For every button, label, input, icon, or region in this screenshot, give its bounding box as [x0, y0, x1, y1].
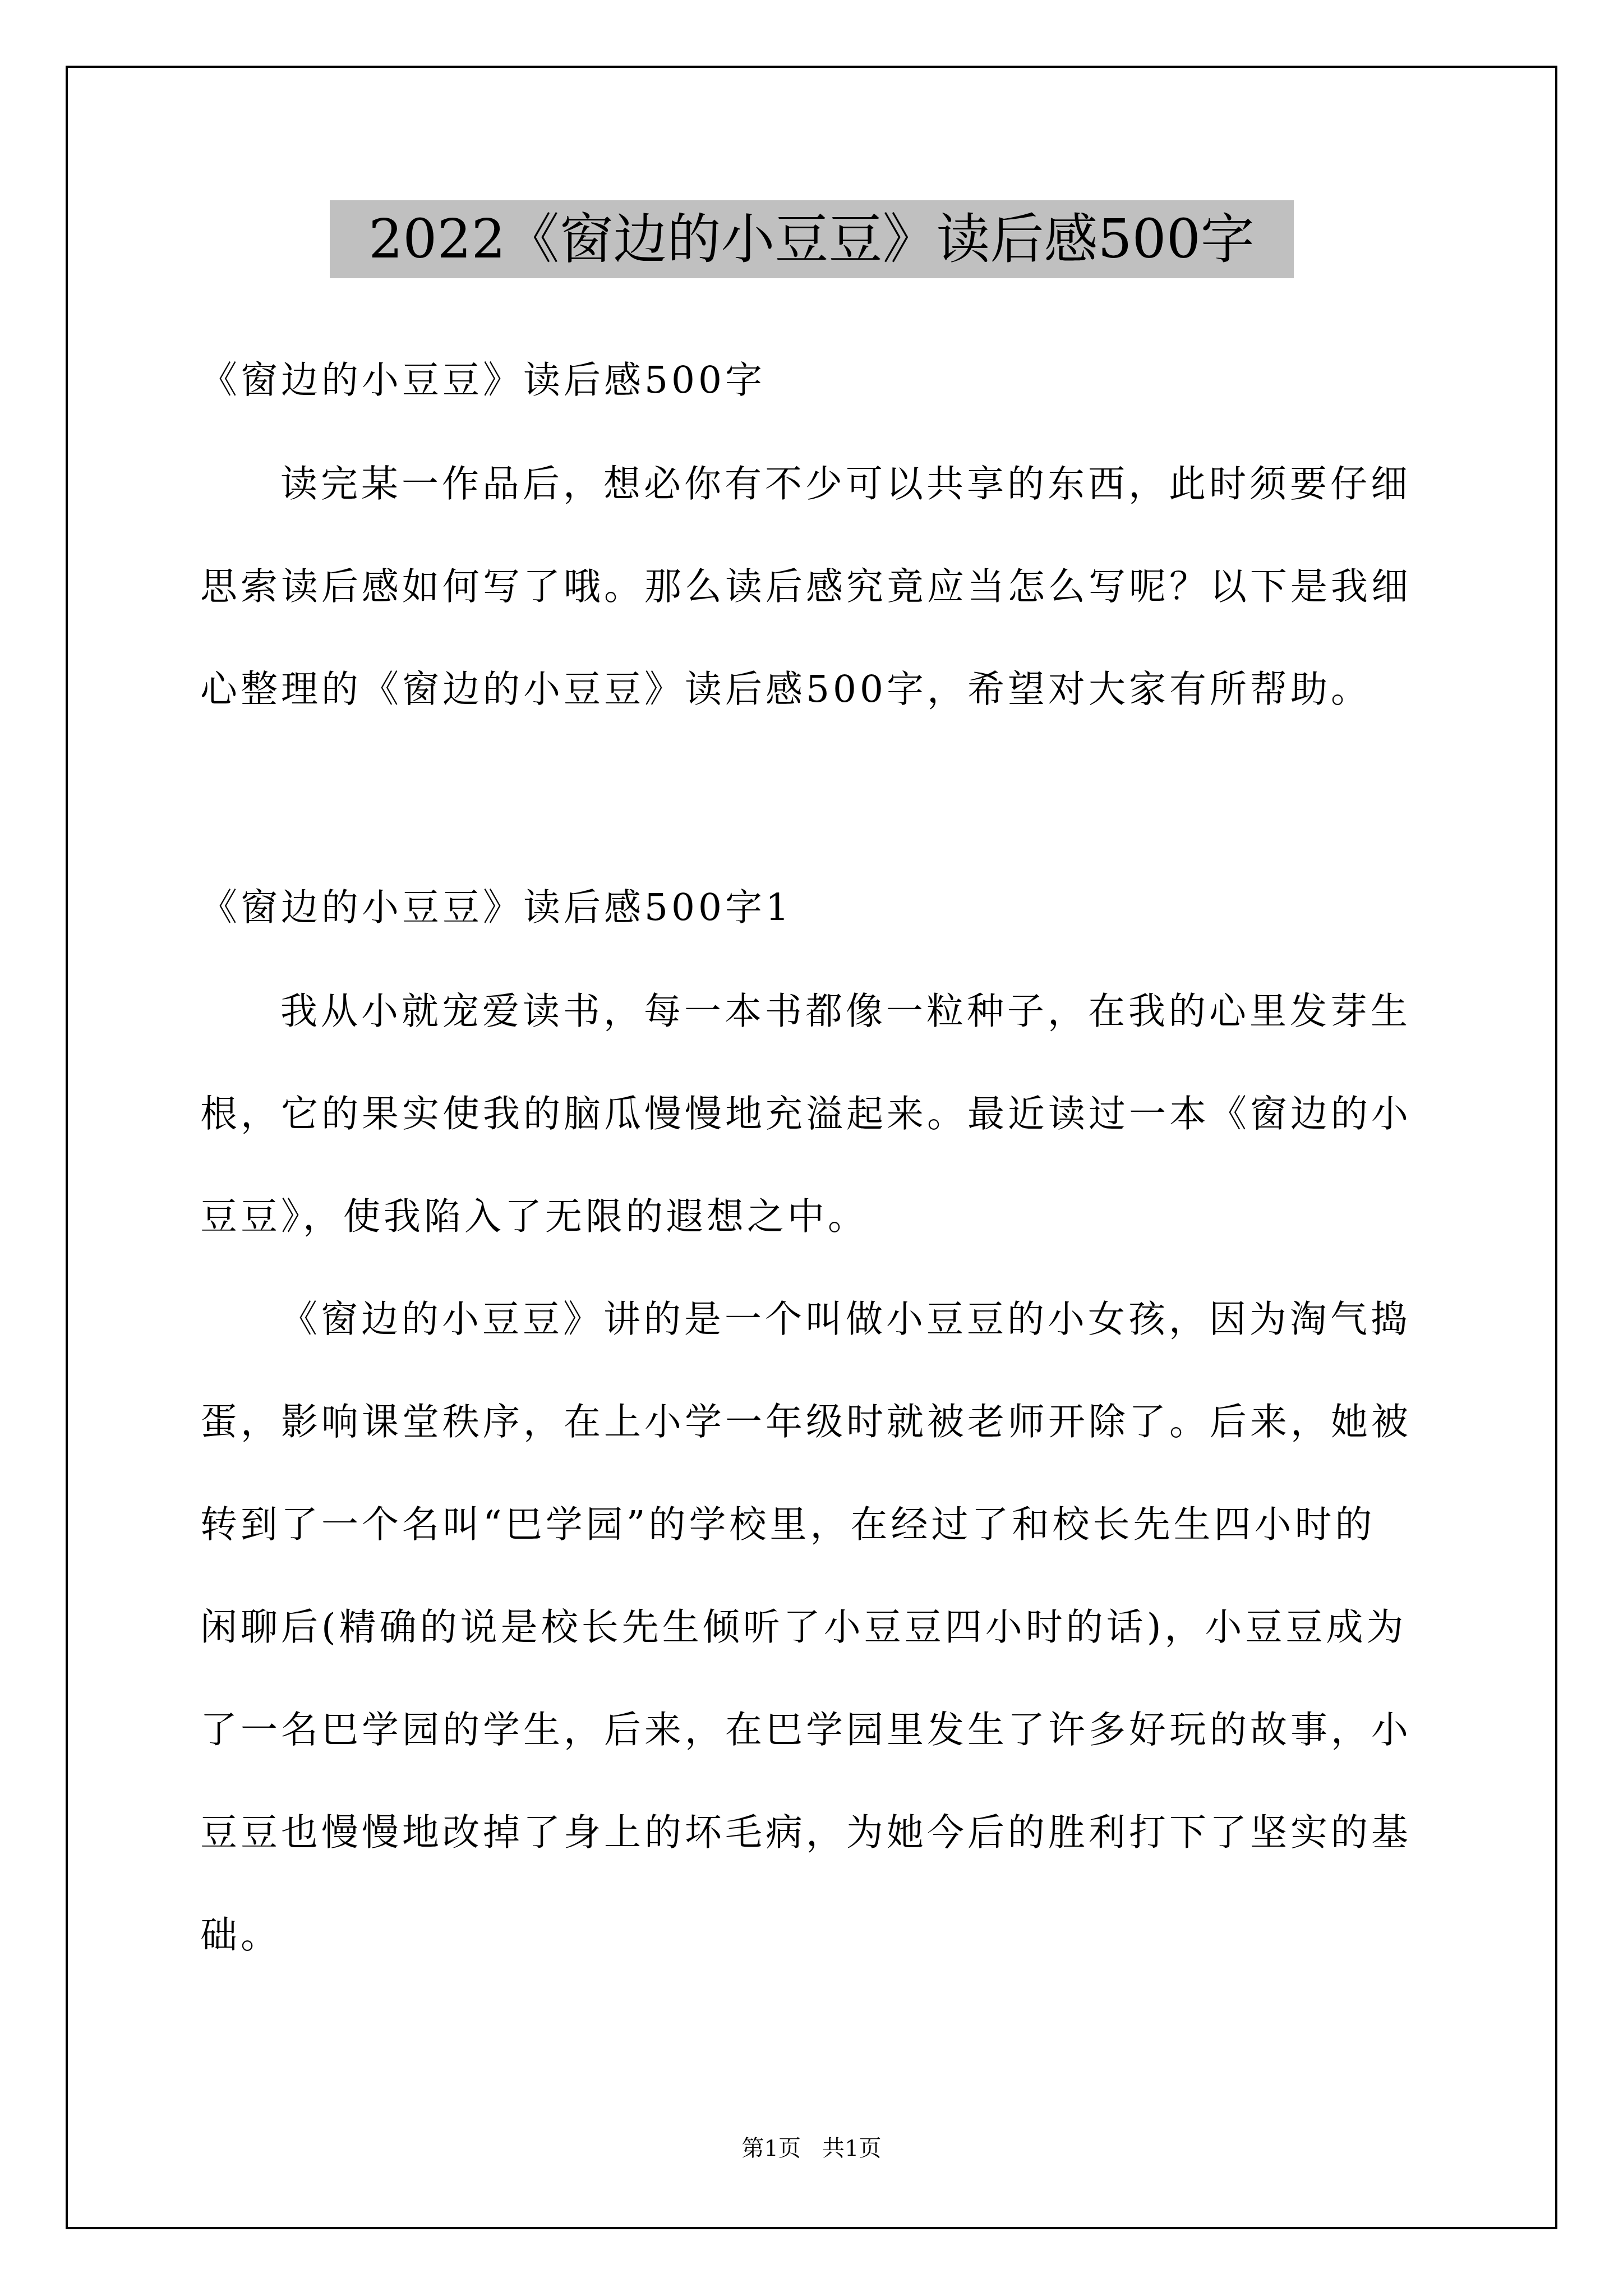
subtitle: 《窗边的小豆豆》读后感500字: [200, 358, 766, 403]
section-heading: 《窗边的小豆豆》读后感500字1: [200, 885, 792, 930]
paragraph2-line-1: 《窗边的小豆豆》讲的是一个叫做小豆豆的小女孩，因为淘气捣: [280, 1297, 1411, 1342]
intro-line-2: 思索读后感如何写了哦。那么读后感究竟应当怎么写呢？以下是我细: [200, 564, 1412, 609]
paragraph1-line-2: 根，它的果实使我的脑瓜慢慢地充溢起来。最近读过一本《窗边的小: [200, 1092, 1412, 1137]
intro-line-1: 读完某一作品后，想必你有不少可以共享的东西，此时须要仔细: [280, 462, 1411, 507]
paragraph2-line-6: 豆豆也慢慢地改掉了身上的坏毛病，为她今后的胜利打下了坚实的基: [200, 1810, 1412, 1855]
paragraph2-line-7: 础。: [200, 1913, 281, 1958]
page-footer: 第1页 共1页: [0, 2134, 1623, 2162]
paragraph2-line-4: 闲聊后(精确的说是校长先生倾听了小豆豆四小时的话)，小豆豆成为: [200, 1605, 1407, 1650]
paragraph1-line-3: 豆豆》，使我陷入了无限的遐想之中。: [200, 1194, 868, 1239]
intro-line-3: 心整理的《窗边的小豆豆》读后感500字，希望对大家有所帮助。: [200, 667, 1371, 712]
paragraph2-line-5: 了一名巴学园的学生，后来，在巴学园里发生了许多好玩的故事，小: [200, 1708, 1412, 1752]
title-container: 2022《窗边的小豆豆》读后感500字: [0, 200, 1623, 278]
paragraph2-line-2: 蛋，影响课堂秩序，在上小学一年级时就被老师开除了。后来，她被: [200, 1400, 1412, 1444]
paragraph2-line-3: 转到了一个名叫“巴学园”的学校里，在经过了和校长先生四小时的: [200, 1502, 1375, 1547]
document-title: 2022《窗边的小豆豆》读后感500字: [330, 200, 1294, 278]
paragraph1-line-1: 我从小就宠爱读书，每一本书都像一粒种子，在我的心里发芽生: [280, 989, 1411, 1034]
